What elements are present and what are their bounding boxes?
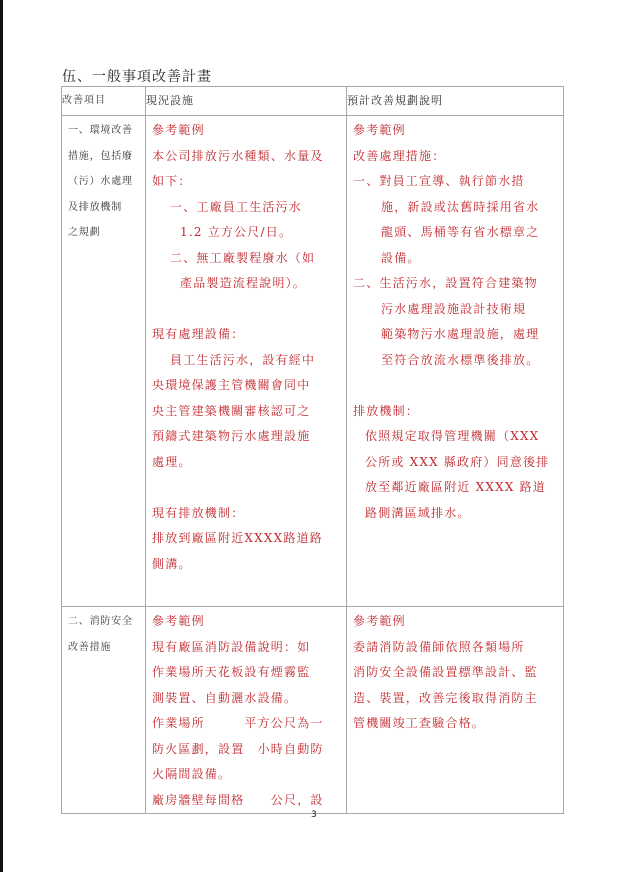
planned-text-line: 委請消防設備師依照各類場所 [353, 635, 563, 661]
current-text-line: 火隔間設備。 [152, 762, 346, 788]
blank-line [353, 373, 563, 399]
item-line: 改善措施 [68, 635, 145, 661]
planned-text-line: 至符合放流水標準後排放。 [353, 348, 563, 374]
page-number: 3 [311, 810, 317, 820]
column-header-current: 現況設施 [146, 87, 347, 116]
item-line: 二、消防安全 [68, 609, 145, 635]
item-line: 及排放機制 [68, 195, 145, 221]
example-label: 參考範例 [152, 118, 346, 144]
table-header-row: 改善項目 現況設施 預計改善規劃說明 [62, 87, 564, 116]
planned-text-line: 龍頭、馬桶等有省水標章之 [353, 220, 563, 246]
current-facility-cell: 參考範例 現有廠區消防設備說明：如 作業場所天花板設有煙霧監 測裝置、自動灑水設… [146, 607, 347, 814]
current-text-line: 如下： [152, 169, 346, 195]
planned-text-line: 放至鄰近廠區附近 XXXX 路道 [353, 475, 563, 501]
example-label: 參考範例 [353, 118, 563, 144]
planned-improvement-cell: 參考範例 改善處理措施： 一、對員工宣導、執行節水措 施，新設或汰舊時採用省水 … [347, 116, 564, 607]
current-text-line: 本公司排放污水種類、水量及 [152, 144, 346, 170]
planned-text-line: 消防安全設備設置標準設計、監 [353, 660, 563, 686]
current-text-line: 側溝。 [152, 552, 346, 578]
planned-text-line: 二、生活污水，設置符合建築物 [353, 271, 563, 297]
planned-text-line: 依照規定取得管理機關（XXX [353, 424, 563, 450]
planned-text-line: 路側溝區域排水。 [353, 501, 563, 527]
current-text-line: 廠房牆壁每間格 公尺，設 [152, 788, 346, 814]
current-text-line: 處理。 [152, 450, 346, 476]
blank-line [152, 475, 346, 501]
item-line: 一、環境改善 [68, 118, 145, 144]
blank-line [152, 297, 346, 323]
improvement-plan-table: 改善項目 現況設施 預計改善規劃說明 一、環境改善 措施，包括廢 （污）水處理 … [61, 86, 564, 814]
table-row: 一、環境改善 措施，包括廢 （污）水處理 及排放機制 之規劃 參考範例 本公司排… [62, 116, 564, 607]
example-label: 參考範例 [353, 609, 563, 635]
planned-text-line: 公所或 XXX 縣政府）同意後排 [353, 450, 563, 476]
current-text-line: 預鑄式建築物污水處理設施 [152, 424, 346, 450]
current-text-line: 1.2 立方公尺/日。 [152, 220, 346, 246]
current-text-line: 一、工廠員工生活污水 [152, 195, 346, 221]
subheading-existing-treatment: 現有處理設備： [152, 322, 346, 348]
planned-improvement-cell: 參考範例 委請消防設備師依照各類場所 消防安全設備設置標準設計、監 造、裝置，改… [347, 607, 564, 814]
planned-text-line: 污水處理設施設計技術規 [353, 297, 563, 323]
current-facility-cell: 參考範例 本公司排放污水種類、水量及 如下： 一、工廠員工生活污水 1.2 立方… [146, 116, 347, 607]
planned-text-line: 造、裝置，改善完後取得消防主 [353, 686, 563, 712]
item-line: 措施，包括廢 [68, 144, 145, 170]
current-text-line: 產品製造流程說明）。 [152, 271, 346, 297]
planned-text-line: 範築物污水處理設施，處理 [353, 322, 563, 348]
item-cell: 一、環境改善 措施，包括廢 （污）水處理 及排放機制 之規劃 [62, 116, 146, 607]
current-text-line: 二、無工廠製程廢水（如 [152, 246, 346, 272]
section-heading: 伍、一般事項改善計畫 [62, 66, 212, 86]
subheading-discharge-mechanism: 排放機制： [353, 399, 563, 425]
subheading-improvement-measures: 改善處理措施： [353, 144, 563, 170]
current-text-line: 防火區劃，設置 小時自動防 [152, 737, 346, 763]
viewer-left-edge [0, 0, 3, 872]
current-text-line: 員工生活污水，設有經中 [152, 348, 346, 374]
current-text-line: 現有廠區消防設備說明：如 [152, 635, 346, 661]
item-cell: 二、消防安全 改善措施 [62, 607, 146, 814]
column-header-item: 改善項目 [62, 87, 146, 116]
item-line: （污）水處理 [68, 169, 145, 195]
subheading-existing-discharge: 現有排放機制： [152, 501, 346, 527]
current-text-line: 排放到廠區附近XXXX路道路 [152, 526, 346, 552]
column-header-planned: 預計改善規劃說明 [347, 87, 564, 116]
current-text-line: 測裝置、自動灑水設備。 [152, 686, 346, 712]
current-text-line: 作業場所天花板設有煙霧監 [152, 660, 346, 686]
table-row: 二、消防安全 改善措施 參考範例 現有廠區消防設備說明：如 作業場所天花板設有煙… [62, 607, 564, 814]
current-text-line: 央環境保護主管機關會同中 [152, 373, 346, 399]
planned-text-line: 管機關竣工查驗合格。 [353, 711, 563, 737]
planned-text-line: 施，新設或汰舊時採用省水 [353, 195, 563, 221]
item-line: 之規劃 [68, 220, 145, 246]
example-label: 參考範例 [152, 609, 346, 635]
current-text-line: 央主管建築機關審核認可之 [152, 399, 346, 425]
planned-text-line: 一、對員工宣導、執行節水措 [353, 169, 563, 195]
planned-text-line: 設備。 [353, 246, 563, 272]
current-text-line: 作業場所 平方公尺為一 [152, 711, 346, 737]
